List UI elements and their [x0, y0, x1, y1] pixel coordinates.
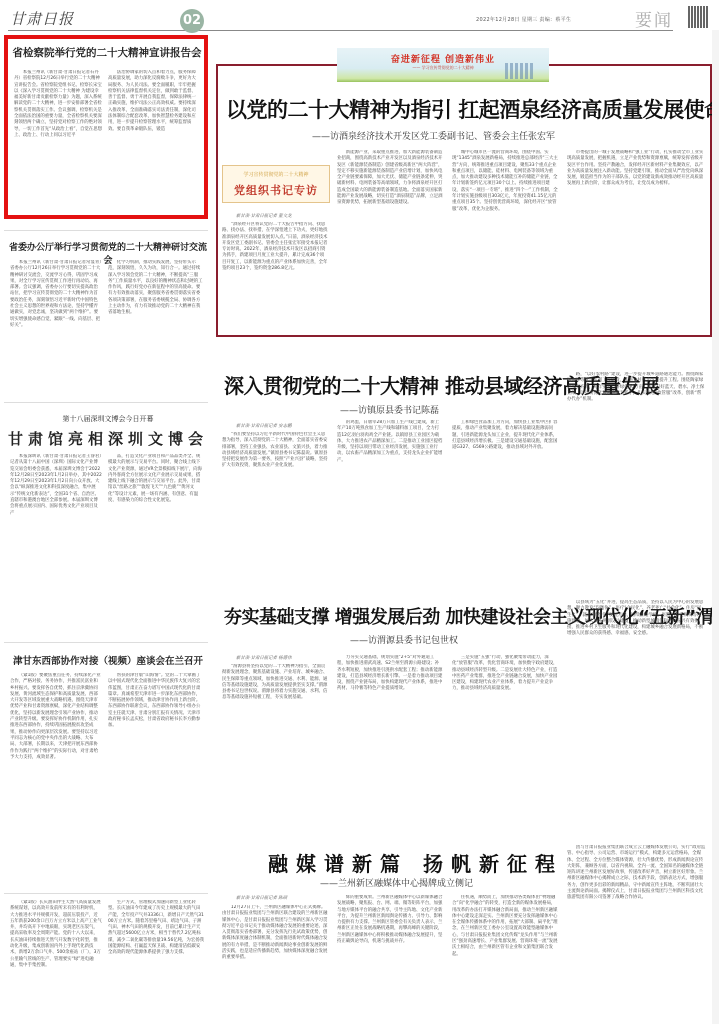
- article-body-column: 12月27日上午，兰州新区融媒体中心正式揭牌。由甘肃日报报业集团与兰州新区联合建…: [222, 905, 328, 1020]
- article-body-column: 本报兰州讯（新甘肃·甘肃日报记者石丹丹）省检察院12月26日举行党的二十大精神宣…: [14, 70, 102, 210]
- divider: [4, 402, 208, 403]
- article-kicker: 第十八届深圳文博会今日开幕: [8, 414, 208, 424]
- article-body-column: 路，“以好农村路”建设，进一步提升城乡道路通达能力。围绕陶家河水库等骨干水利工程…: [567, 372, 705, 567]
- article-subheadline: ——访镇原县委书记陈磊: [340, 403, 439, 416]
- newspaper-logo: 甘肃日报: [10, 8, 74, 29]
- article-headline[interactable]: 津甘东西部协作对接（视频）座谈会在兰召开: [8, 653, 208, 667]
- section-title: 要闻: [635, 6, 673, 31]
- article-body-column: “渭源县将坚持以党的二十大精神为指引，全面贯彻新发展理念，聚焦基础设施、产业培育…: [222, 664, 328, 812]
- divider: [4, 230, 208, 231]
- article-body-column: 城中心城市区一流的营商环境，围绕中国、实现“1345”酒泉发展新格局，持续推进总…: [452, 150, 558, 330]
- article-byline: 新甘肃·甘肃日报记者 安志鹏: [236, 423, 291, 429]
- article-body-column: 市委提出的一城子发展战略和“强工业”行动，扎实推动全市工业实现高质量发展，把握机…: [567, 150, 705, 330]
- article-body-column: 帮扶的津甘版“山海情”。党的二十大擘画了以中国式现代化全面推进中华民族伟大复兴的…: [108, 673, 204, 883]
- article-body-column: “酒泉经开区将认党的二十大报告中指方向、找思路、找办法、找举措，在学深悟透上下功…: [222, 222, 328, 330]
- party-secretary-interview-badge: 学习宣传贯彻党的二十大精神 党组织书记专访: [222, 165, 330, 203]
- article-headline[interactable]: 融媒谱新篇 扬帆新征程: [268, 848, 563, 877]
- date-and-editor: 2022年12月28日 星期三 责编：蔡平生: [476, 16, 571, 23]
- article-body-column: 本报深圳讯（新甘肃·甘肃日报记者王睿君）记者从第十八届中国（深圳）国际文化产业博…: [10, 454, 102, 610]
- article-byline: 新甘肃·甘肃日报记者 董文龙: [236, 213, 291, 219]
- masthead-divider: [8, 30, 673, 31]
- article-body-column: 力夯实交通基础，规划实施“2+5”对外通道工程，加快推进渭武高速、S2兰州至渭源…: [337, 655, 443, 812]
- article-headline[interactable]: 以党的二十大精神为指引 扛起酒泉经济高质量发展使命担当: [226, 94, 719, 124]
- article-body-column: 法治协调家的切入点和着力点，服务保障高质量发展，助力深化反腐败斗争，更好为大局服…: [108, 70, 200, 210]
- article-body-column: “我们要坚持以习近平新时代中国特色社会主义思想为指导，深入贯彻党的二十大精神，全…: [222, 432, 328, 567]
- article-body-column: 品，打造文化产业项目和产品品类齐全、规模最大的展示与交易平台。同时，聚合线上线下…: [108, 454, 204, 610]
- article-byline: 新甘肃·甘肃日报记者 陈硕: [236, 895, 287, 901]
- page-edge: [712, 30, 719, 1024]
- article-body-column: 生产方式，管理模式加速向新型工业化转型。长庆油田今年建成了历史上规模最大的气田产…: [108, 900, 204, 1018]
- article-body-column: 辉的重要成果。兰州新区融媒体中心以新媒体融合发展战略，聚焦报、台、网、端、微等矩…: [337, 895, 443, 1020]
- article-body-column: （紧1版）要聚焦重点任务，持续深化产业合作，严格对接、务务协作，共推富民富业和乡…: [10, 673, 102, 883]
- page-number-badge: 02: [180, 9, 204, 33]
- article-body-column: 本报兰州讯（新甘肃·甘肃日报记者常宴青）省委办公厅12月26日举行学习贯彻党的二…: [10, 260, 102, 390]
- divider: [4, 642, 208, 643]
- article-body-column: 以县域为“五化”并进，提高生态品质，坚持以人民为中心的发展思想，聚力教育“均衡化…: [567, 600, 705, 812]
- article-body-column: 住机遇，顺势而上，加快推动各类媒体由“物理融合”向“化学融合”的转变，打造全新的…: [452, 895, 558, 1020]
- article-body-column: （紧1版）长庆油田伴生天然气高质量发展系统谋划，以高效开发前所未有的有利时机，大…: [10, 900, 102, 1018]
- article-byline: 新甘肃·甘肃日报记者 杨德伟: [236, 655, 291, 661]
- article-subheadline: ——访渭源县委书记包世权: [350, 633, 458, 646]
- badge-main-text: 党组织书记专访: [223, 182, 329, 198]
- feature-banner: 奋进新征程 创造新伟业 —— 学习宣传贯彻党的二十大精神: [337, 48, 549, 82]
- masthead: 甘肃日报 02 2022年12月28日 星期三 责编：蔡平生 要闻: [0, 0, 719, 32]
- article-subheadline: ——兰州新区融媒体中心揭牌成立侧记: [320, 876, 473, 889]
- article-body-column: 三是实施“五强”行动，强化聚集带动能力，深化“放管服”改革，优化营商环境，加快数…: [452, 655, 558, 812]
- divider: [4, 893, 208, 894]
- article-body-column: 化学习机制，推动实践发展，坚持带头示范，深刻领悟，久久为功，知行合一。通过持续深…: [108, 260, 204, 390]
- article-headline[interactable]: 甘肃馆亮相深圳文博会: [8, 428, 208, 449]
- city-skyline-icon: [505, 63, 535, 79]
- article-body-column: 团与甘肃日报报业集团联合成立云上融媒体发展公司，实行“政府监管、中心指导、公司运…: [567, 845, 707, 1020]
- qr-code-icon[interactable]: [688, 6, 708, 28]
- badge-top-text: 学习宣传贯彻党的二十大精神: [223, 171, 329, 178]
- article-subheadline: ——访酒泉经济技术开发区党工委副书记、管委会主任张宏军: [312, 129, 555, 142]
- article-body-column: 的鸡蛋，日屠宰28万只加工生产线已建成，新上年产10万吨熟食加工生产线和辅料加工…: [337, 420, 443, 567]
- article-body-column: 新能源产业，采取重点推进，加大新能源装备制造业招商，围绕高新技术产业开发区以及酒…: [337, 150, 443, 330]
- article-body-column: 工和绿色食品加工为方向，加快县工业集中区扩容提质，推动产业集聚发展，着力解决基础…: [452, 420, 558, 567]
- article-headline[interactable]: 省检察院举行党的二十大精神宣讲报告会: [10, 45, 204, 60]
